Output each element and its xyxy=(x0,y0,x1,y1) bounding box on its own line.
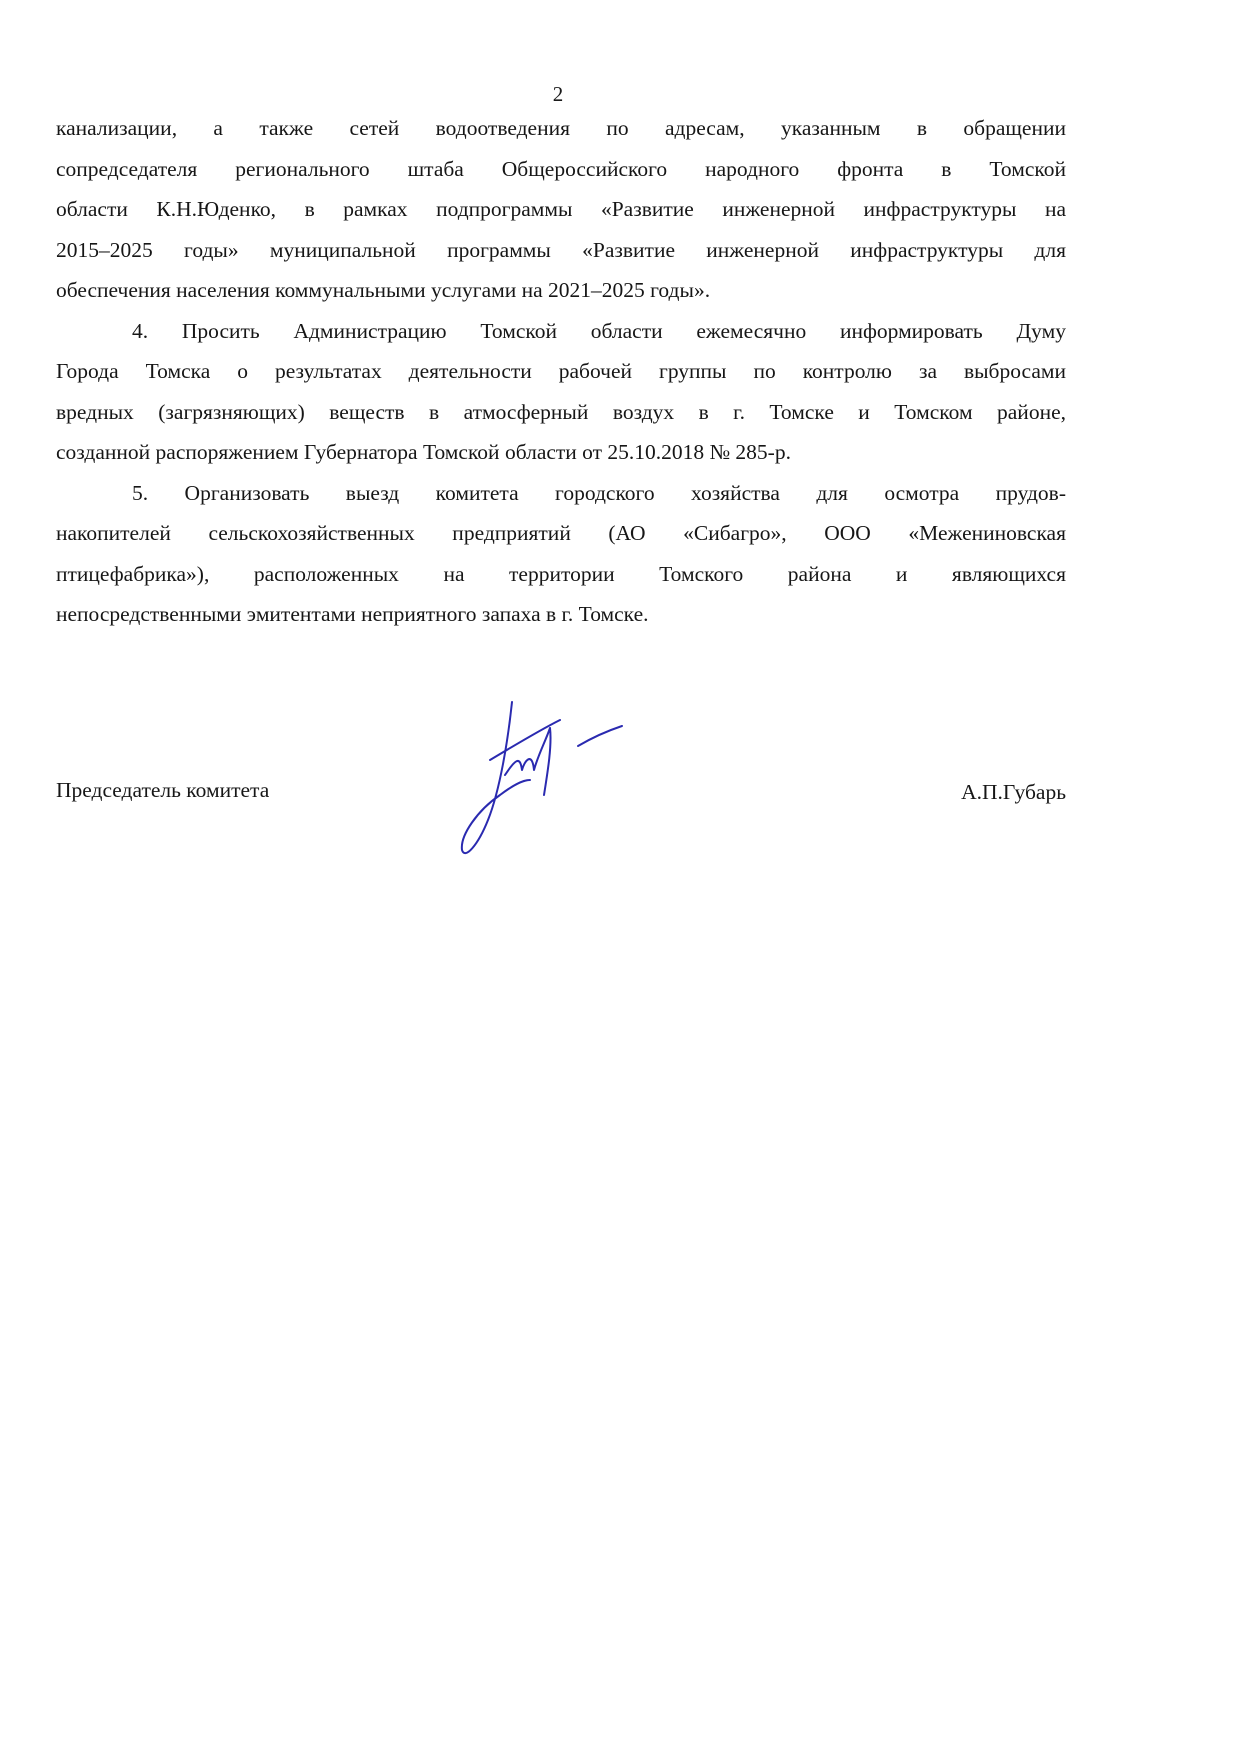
text-line: непосредственными эмитентами неприятного… xyxy=(56,594,1066,635)
text-line: накопителей сельскохозяйственных предпри… xyxy=(56,513,1066,554)
page-number: 2 xyxy=(0,82,1116,107)
text-line: сопредседателя регионального штаба Общер… xyxy=(56,149,1066,190)
document-page: 2 канализации, а также сетей водоотведен… xyxy=(0,0,1240,1753)
text-line: Города Томска о результатах деятельности… xyxy=(56,351,1066,392)
text-line: вредных (загрязняющих) веществ в атмосфе… xyxy=(56,392,1066,433)
paragraph-item-4: 4. Просить Администрацию Томской области… xyxy=(56,311,1066,473)
signer-name: А.П.Губарь xyxy=(961,780,1066,805)
paragraph-continuation: канализации, а также сетей водоотведения… xyxy=(56,108,1066,311)
document-body: канализации, а также сетей водоотведения… xyxy=(56,108,1066,635)
text-line: птицефабрика»), расположенных на террито… xyxy=(56,554,1066,595)
signer-role: Председатель комитета xyxy=(56,778,269,803)
text-line: 4. Просить Администрацию Томской области… xyxy=(56,311,1066,352)
text-line: 5. Организовать выезд комитета городског… xyxy=(56,473,1066,514)
text-line: области К.Н.Юденко, в рамках подпрограмм… xyxy=(56,189,1066,230)
text-line: 2015–2025 годы» муниципальной программы … xyxy=(56,230,1066,271)
text-line: созданной распоряжением Губернатора Томс… xyxy=(56,432,1066,473)
paragraph-item-5: 5. Организовать выезд комитета городског… xyxy=(56,473,1066,635)
text-line: канализации, а также сетей водоотведения… xyxy=(56,108,1066,149)
text-line: обеспечения населения коммунальными услу… xyxy=(56,270,1066,311)
signature-block: Председатель комитета А.П.Губарь xyxy=(56,778,1066,818)
